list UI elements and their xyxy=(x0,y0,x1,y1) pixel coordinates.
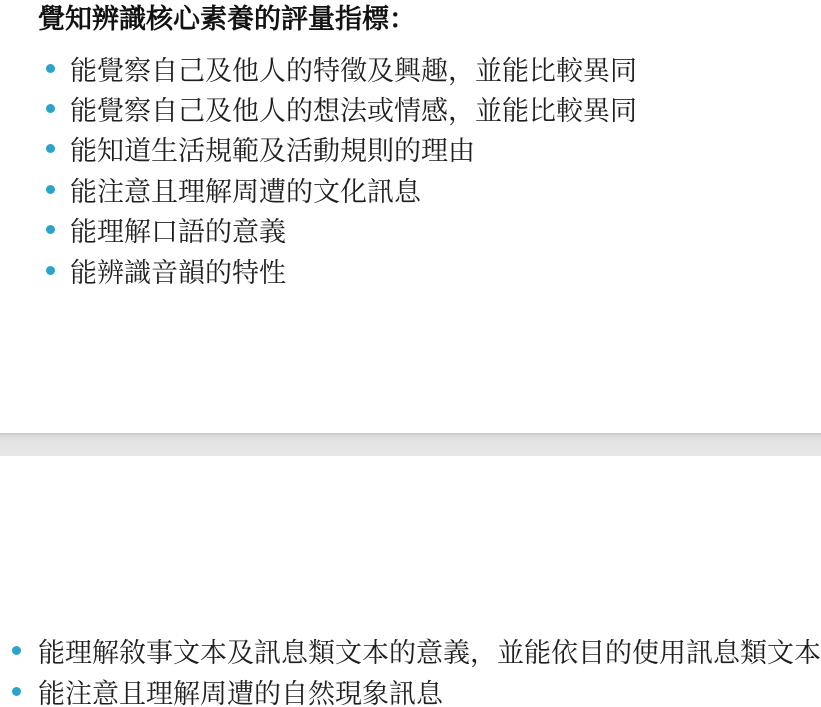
page-separator xyxy=(0,433,821,456)
list-item-text: 能理解敘事文本及訊息類文本的意義，並能依目的使用訊息類文本 xyxy=(38,631,821,670)
list-item-text: 能覺察自己及他人的想法或情感，並能比較異同 xyxy=(70,89,637,128)
bullet-icon xyxy=(46,64,55,73)
indicator-list-slide-1: 能覺察自己及他人的特徵及興趣，並能比較異同 能覺察自己及他人的想法或情感，並能比… xyxy=(38,48,821,290)
list-item: 能覺察自己及他人的特徵及興趣，並能比較異同 xyxy=(46,48,821,88)
bullet-icon xyxy=(46,266,55,275)
list-item-text: 能注意且理解周遭的自然現象訊息 xyxy=(38,672,443,707)
bullet-icon xyxy=(46,104,55,113)
list-item-text: 能覺察自己及他人的特徵及興趣，並能比較異同 xyxy=(70,49,637,88)
list-item-text: 能知道生活規範及活動規則的理由 xyxy=(70,129,475,168)
bullet-icon xyxy=(46,185,55,194)
slide-1: 覺知辨識核心素養的評量指標： 能覺察自己及他人的特徵及興趣，並能比較異同 能覺察… xyxy=(0,0,821,433)
list-item-text: 能注意且理解周遭的文化訊息 xyxy=(70,170,421,209)
bullet-icon xyxy=(12,687,21,696)
slide-2: 能理解敘事文本及訊息類文本的意義，並能依目的使用訊息類文本 能注意且理解周遭的自… xyxy=(0,456,821,707)
list-item: 能覺察自己及他人的想法或情感，並能比較異同 xyxy=(46,88,821,128)
indicator-list-slide-2: 能理解敘事文本及訊息類文本的意義，並能依目的使用訊息類文本 能注意且理解周遭的自… xyxy=(12,630,821,707)
list-item: 能注意且理解周遭的文化訊息 xyxy=(46,169,821,209)
bullet-icon xyxy=(46,225,55,234)
list-item: 能注意且理解周遭的自然現象訊息 xyxy=(12,671,821,707)
list-item: 能理解敘事文本及訊息類文本的意義，並能依目的使用訊息類文本 xyxy=(12,630,821,671)
list-item: 能知道生活規範及活動規則的理由 xyxy=(46,129,821,169)
list-item: 能理解口語的意義 xyxy=(46,210,821,250)
bullet-icon xyxy=(12,646,21,655)
bullet-icon xyxy=(46,144,55,153)
slide-title: 覺知辨識核心素養的評量指標： xyxy=(38,3,821,36)
list-item-text: 能辨識音韻的特性 xyxy=(70,251,286,290)
list-item-text: 能理解口語的意義 xyxy=(70,210,286,249)
list-item: 能辨識音韻的特性 xyxy=(46,250,821,290)
document-viewport: 覺知辨識核心素養的評量指標： 能覺察自己及他人的特徵及興趣，並能比較異同 能覺察… xyxy=(0,0,821,707)
